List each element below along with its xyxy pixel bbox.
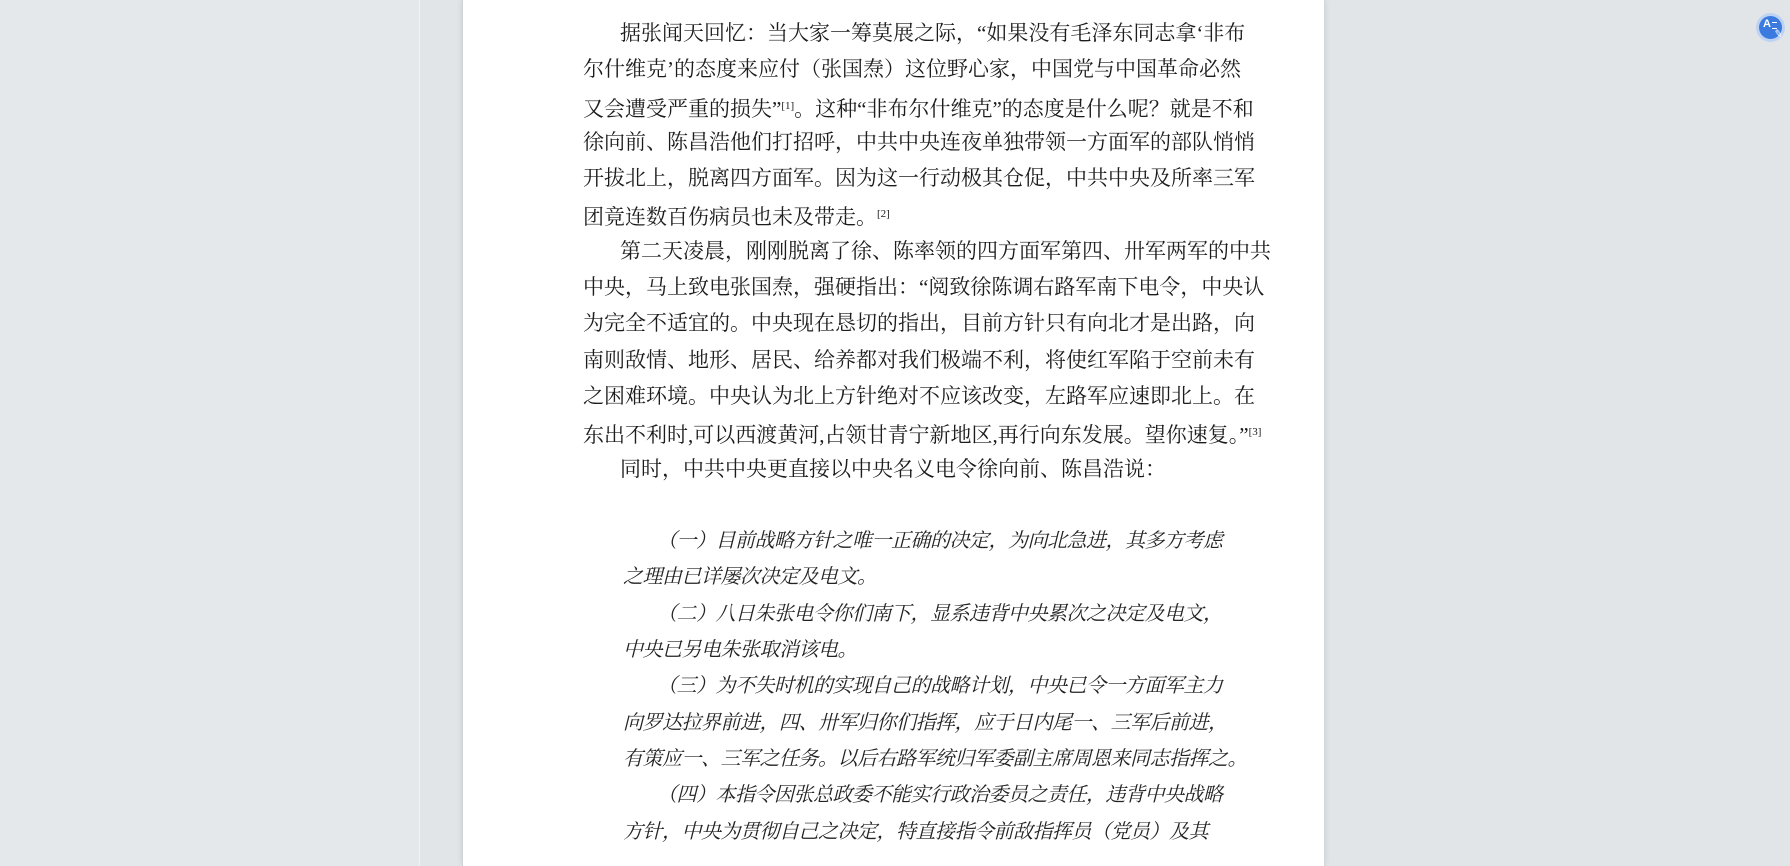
body-paragraph: 第二天凌晨，刚刚脱离了徐、陈率领的四方面军第四、卅军两军的中共中央，马上致电张国…	[583, 233, 1283, 451]
text-line: 又会遭受严重的损失”[1]。这种“非布尔什维克”的态度是什么呢？就是不和	[583, 88, 1283, 124]
body-paragraph: 同时，中共中央更直接以中央名义电令徐向前、陈昌浩说：	[583, 451, 1283, 487]
text-line: （一）目前战略方针之唯一正确的决定，为向北急进，其多方考虑	[623, 523, 1283, 559]
pencil-icon: ✎	[1773, 29, 1783, 40]
app-background: { "app": { "background_color": "#e2e5e8"…	[0, 0, 1790, 866]
text-line: 尔什维克’的态度来应付（张国焘）这位野心家，中国党与中国革命必然	[583, 51, 1283, 87]
text-line: 之理由已详屡次决定及电文。	[623, 559, 1283, 595]
footnote-marker: [2]	[877, 208, 890, 220]
quote-paragraph: （四）本指令因张总政委不能实行政治委员之责任，违背中央战略方针，中央为贯彻自己之…	[623, 777, 1283, 850]
letter-a-icon: A	[1763, 19, 1771, 30]
translate-extension-button[interactable]: A ✎	[1759, 16, 1782, 39]
text-line: 开拔北上，脱离四方面军。因为这一行动极其仓促，中共中央及所率三军	[583, 160, 1283, 196]
text-line: （三）为不失时机的实现自己的战略计划，中央已令一方面军主力	[623, 668, 1283, 704]
text-line: 方针，中央为贯彻自己之决定，特直接指令前敌指挥员（党员）及其	[623, 814, 1283, 850]
text-line: 为完全不适宜的。中央现在恳切的指出，目前方针只有向北才是出路，向	[583, 305, 1283, 341]
text-line: 之困难环境。中央认为北上方针绝对不应该改变，左路军应速即北上。在	[583, 378, 1283, 414]
quote-paragraph: （三）为不失时机的实现自己的战略计划，中央已令一方面军主力向罗达拉界前进，四、卅…	[623, 668, 1283, 777]
text-line: 徐向前、陈昌浩他们打招呼，中共中央连夜单独带领一方面军的部队悄悄	[583, 124, 1283, 160]
text-line: 第二天凌晨，刚刚脱离了徐、陈率领的四方面军第四、卅军两军的中共	[583, 233, 1283, 269]
footnote-marker: [3]	[1249, 426, 1262, 438]
text-line: 中央，马上致电张国焘，强硬指出：“阅致徐陈调右路军南下电令，中央认	[583, 269, 1283, 305]
background-divider-line	[419, 0, 420, 866]
text-line: 据张闻天回忆：当大家一筹莫展之际，“如果没有毛泽东同志拿‘非布	[583, 15, 1283, 51]
text-line: （四）本指令因张总政委不能实行政治委员之责任，违背中央战略	[623, 777, 1283, 813]
paragraph-spacer	[583, 487, 1283, 523]
footnote-marker: [1]	[781, 100, 794, 112]
text-line: （二）八日朱张电令你们南下，显系违背中央累次之决定及电文，	[623, 596, 1283, 632]
text-line: 南则敌情、地形、居民、给养都对我们极端不利，将使红军陷于空前未有	[583, 342, 1283, 378]
document-page: 据张闻天回忆：当大家一筹莫展之际，“如果没有毛泽东同志拿‘非布尔什维克’的态度来…	[462, 0, 1325, 866]
quote-paragraph: （一）目前战略方针之唯一正确的决定，为向北急进，其多方考虑之理由已详屡次决定及电…	[623, 523, 1283, 596]
text-line: 东出不利时,可以西渡黄河,占领甘青宁新地区,再行向东发展。望你速复。”[3]	[583, 414, 1283, 450]
text-line: 团竟连数百伤病员也未及带走。[2]	[583, 196, 1283, 232]
text-line: 中央已另电朱张取消该电。	[623, 632, 1283, 668]
text-line: 同时，中共中央更直接以中央名义电令徐向前、陈昌浩说：	[583, 451, 1283, 487]
background-left-strip	[0, 0, 419, 866]
text-line: 有策应一、三军之任务。以后右路军统归军委副主席周恩来同志指挥之。	[623, 741, 1283, 777]
body-paragraph: 据张闻天回忆：当大家一筹莫展之际，“如果没有毛泽东同志拿‘非布尔什维克’的态度来…	[583, 15, 1283, 233]
document-text-column: 据张闻天回忆：当大家一筹莫展之际，“如果没有毛泽东同志拿‘非布尔什维克’的态度来…	[583, 15, 1283, 850]
quote-paragraph: （二）八日朱张电令你们南下，显系违背中央累次之决定及电文，中央已另电朱张取消该电…	[623, 596, 1283, 669]
text-line: 向罗达拉界前进，四、卅军归你们指挥，应于日内尾一、三军后前进，	[623, 705, 1283, 741]
